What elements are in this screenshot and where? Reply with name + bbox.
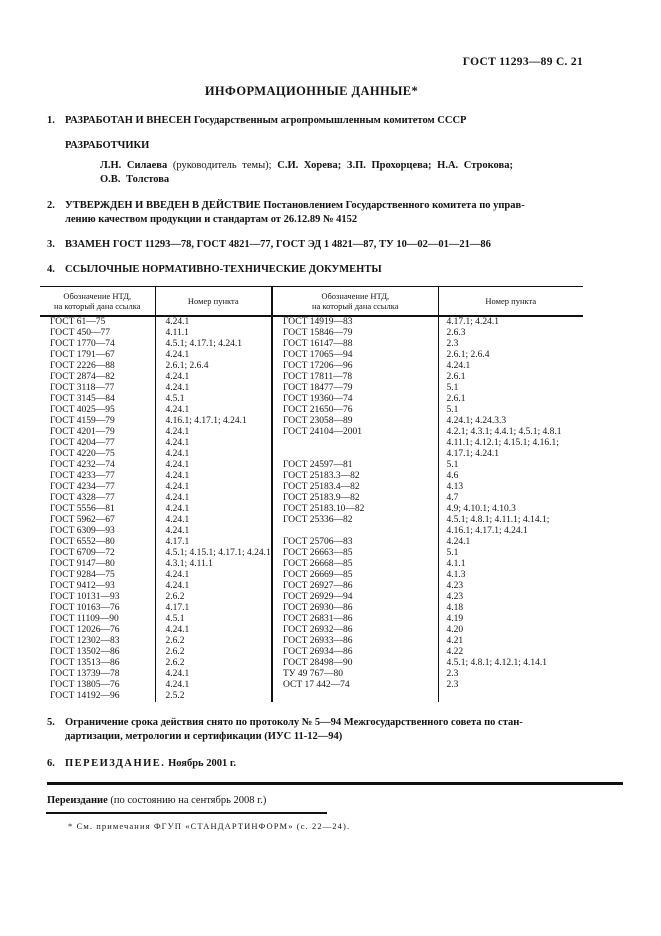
item-number: 6.	[47, 757, 55, 771]
col-header-text: Номер пункта	[188, 296, 239, 306]
punkt-number-cell: 4.17.1; 4.24.1	[438, 449, 583, 460]
item-5-line-1: Ограничение срока действия снято по прот…	[65, 716, 583, 730]
ntd-designation-cell: ГОСТ 2874—82	[40, 372, 155, 383]
table-row: ГОСТ 9412—934.24.1ГОСТ 26927—864.23	[40, 581, 583, 592]
punkt-number-cell: 4.24.1	[155, 372, 272, 383]
punkt-number-cell: 4.11.1	[155, 328, 272, 339]
item-1-text: РАЗРАБОТАН И ВНЕСЕН Государственным агро…	[65, 114, 583, 128]
reissue-date: (по состоянию на сентябрь 2008 г.)	[108, 795, 267, 806]
punkt-number-cell: 5.1	[438, 548, 583, 559]
punkt-number-cell: 4.5.1; 4.8.1; 4.11.1; 4.14.1;	[438, 515, 583, 526]
punkt-number-cell: 4.24.1	[155, 515, 272, 526]
ntd-designation-cell: ГОСТ 6552—80	[40, 537, 155, 548]
item-6-date: Ноябрь 2001 г.	[165, 758, 236, 769]
item-6-text: ПЕРЕИЗДАНИЕ. Ноябрь 2001 г.	[65, 757, 583, 771]
ntd-designation-cell: ГОСТ 9284—75	[40, 570, 155, 581]
developers-line-2: О.В. Толстова	[100, 173, 583, 187]
punkt-number-cell: 4.23	[438, 592, 583, 603]
ntd-designation-cell: ГОСТ 26668—85	[272, 559, 438, 570]
ntd-designation-cell: ГОСТ 26934—86	[272, 647, 438, 658]
col-header-punkt-right: Номер пункта	[438, 287, 583, 317]
ntd-designation-cell: ГОСТ 4328—77	[40, 493, 155, 504]
ntd-designation-cell: ГОСТ 4232—74	[40, 460, 155, 471]
ntd-designation-cell: ГОСТ 12026—76	[40, 625, 155, 636]
table-row: ГОСТ 12026—764.24.1ГОСТ 26932—864.20	[40, 625, 583, 636]
punkt-number-cell: 4.1.3	[438, 570, 583, 581]
ntd-designation-cell: ГОСТ 4220—75	[40, 449, 155, 460]
ntd-designation-cell: ГОСТ 26927—86	[272, 581, 438, 592]
table-row: ГОСТ 3118—774.24.1ГОСТ 18477—795.1	[40, 383, 583, 394]
table-row: ГОСТ 4234—774.24.1ГОСТ 25183.4—824.13	[40, 482, 583, 493]
developer-lead-role: (руководитель темы);	[167, 160, 277, 171]
item-number: 2.	[47, 199, 55, 213]
table-row: ГОСТ 9147—804.3.1; 4.11.1ГОСТ 26668—854.…	[40, 559, 583, 570]
info-item-4: 4. ССЫЛОЧНЫЕ НОРМАТИВНО-ТЕХНИЧЕСКИЕ ДОКУ…	[40, 263, 583, 277]
table-row: ГОСТ 1770—744.5.1; 4.17.1; 4.24.1ГОСТ 16…	[40, 339, 583, 350]
item-5-line-2: дартизации, метрологии и сертификации (И…	[65, 730, 583, 744]
ntd-designation-cell: ГОСТ 4159—79	[40, 416, 155, 427]
ntd-designation-cell	[272, 691, 438, 702]
reissue-label: Переиздание	[47, 795, 108, 806]
punkt-number-cell: 4.17.1	[155, 537, 272, 548]
item-number: 3.	[47, 238, 55, 252]
table-row: ГОСТ 6309—934.24.14.16.1; 4.17.1; 4.24.1	[40, 526, 583, 537]
ntd-designation-cell: ГОСТ 4233—77	[40, 471, 155, 482]
separator-rule-full	[47, 782, 623, 785]
ntd-designation-cell: ГОСТ 3145—84	[40, 394, 155, 405]
ntd-designation-cell: ГОСТ 25336—82	[272, 515, 438, 526]
ntd-designation-cell: ГОСТ 2226—88	[40, 361, 155, 372]
punkt-number-cell: 4.24.1	[155, 570, 272, 581]
punkt-number-cell: 4.5.1; 4.15.1; 4.17.1; 4.24.1	[155, 548, 272, 559]
punkt-number-cell: 2.6.2	[155, 658, 272, 669]
punkt-number-cell: 4.17.1; 4.24.1	[438, 316, 583, 328]
table-row: ГОСТ 13805—764.24.1ОСТ 17 442—742.3	[40, 680, 583, 691]
punkt-number-cell: 4.24.1	[155, 449, 272, 460]
table-row: ГОСТ 11109—904.5.1ГОСТ 26831—864.19	[40, 614, 583, 625]
punkt-number-cell: 4.24.1	[155, 460, 272, 471]
punkt-number-cell: 4.16.1; 4.17.1; 4.24.1	[438, 526, 583, 537]
table-row: ГОСТ 4204—774.24.14.11.1; 4.12.1; 4.15.1…	[40, 438, 583, 449]
punkt-number-cell: 4.24.1	[155, 405, 272, 416]
ntd-designation-cell: ГОСТ 5962—67	[40, 515, 155, 526]
ntd-designation-cell: ГОСТ 17065—94	[272, 350, 438, 361]
ntd-designation-cell: ГОСТ 18477—79	[272, 383, 438, 394]
ntd-designation-cell	[272, 526, 438, 537]
table-row: ГОСТ 4328—774.24.1ГОСТ 25183.9—824.7	[40, 493, 583, 504]
ntd-designation-cell: ГОСТ 26933—86	[272, 636, 438, 647]
punkt-number-cell: 4.3.1; 4.11.1	[155, 559, 272, 570]
ntd-designation-cell: ГОСТ 19360—74	[272, 394, 438, 405]
col-header-text: на который дана ссылка	[275, 301, 436, 311]
ntd-designation-cell: ГОСТ 4025—95	[40, 405, 155, 416]
punkt-number-cell: 4.24.1	[155, 526, 272, 537]
punkt-number-cell: 5.1	[438, 460, 583, 471]
info-item-6: 6. ПЕРЕИЗДАНИЕ. Ноябрь 2001 г.	[40, 757, 583, 771]
punkt-number-cell: 4.24.1	[438, 361, 583, 372]
item-2-line-1: УТВЕРЖДЕН И ВВЕДЕН В ДЕЙСТВИЕ Постановле…	[65, 199, 583, 213]
punkt-number-cell: 2.3	[438, 339, 583, 350]
col-header-designation-left: Обозначение НТД,на который дана ссылка	[40, 287, 155, 317]
ntd-designation-cell: ГОСТ 4204—77	[40, 438, 155, 449]
page-header: ГОСТ 11293—89 С. 21	[40, 56, 583, 68]
ntd-designation-cell: ГОСТ 28498—90	[272, 658, 438, 669]
ntd-designation-cell: ГОСТ 3118—77	[40, 383, 155, 394]
ntd-designation-cell: ГОСТ 25183.9—82	[272, 493, 438, 504]
punkt-number-cell: 4.17.1	[155, 603, 272, 614]
item-6-caps: ПЕРЕИЗДАНИЕ.	[65, 758, 165, 769]
item-3-text: ВЗАМЕН ГОСТ 11293—78, ГОСТ 4821—77, ГОСТ…	[65, 238, 583, 252]
punkt-number-cell: 4.24.1	[155, 383, 272, 394]
punkt-number-cell: 2.6.2	[155, 636, 272, 647]
table-row: ГОСТ 12302—832.6.2ГОСТ 26933—864.21	[40, 636, 583, 647]
punkt-number-cell: 2.6.2	[155, 647, 272, 658]
ntd-designation-cell: ГОСТ 6709—72	[40, 548, 155, 559]
ntd-designation-cell: ГОСТ 13739—78	[40, 669, 155, 680]
ntd-designation-cell: ОСТ 17 442—74	[272, 680, 438, 691]
info-item-1: 1. РАЗРАБОТАН И ВНЕСЕН Государственным а…	[40, 114, 583, 128]
ntd-designation-cell: ГОСТ 17811—78	[272, 372, 438, 383]
ntd-designation-cell: ГОСТ 5556—81	[40, 504, 155, 515]
ntd-designation-cell: ГОСТ 13513—86	[40, 658, 155, 669]
item-number: 5.	[47, 716, 55, 730]
ntd-designation-cell	[272, 449, 438, 460]
ntd-designation-cell: ГОСТ 26930—86	[272, 603, 438, 614]
punkt-number-cell: 4.19	[438, 614, 583, 625]
punkt-number-cell: 4.24.1	[155, 438, 272, 449]
punkt-number-cell: 4.24.1	[155, 504, 272, 515]
table-row: ГОСТ 450—774.11.1ГОСТ 15846—792.6.3	[40, 328, 583, 339]
table-row: ГОСТ 10131—932.6.2ГОСТ 26929—944.23	[40, 592, 583, 603]
ntd-designation-cell: ГОСТ 14919—83	[272, 316, 438, 328]
punkt-number-cell: 2.6.1; 2.6.4	[155, 361, 272, 372]
reissue-note: Переиздание (по состоянию на сентябрь 20…	[47, 795, 583, 806]
ntd-designation-cell: ГОСТ 10163—76	[40, 603, 155, 614]
punkt-number-cell: 2.6.1	[438, 372, 583, 383]
col-header-designation-right: Обозначение НТД,на который дана ссылка	[272, 287, 438, 317]
punkt-number-cell: 4.18	[438, 603, 583, 614]
punkt-number-cell: 4.20	[438, 625, 583, 636]
ntd-designation-cell: ГОСТ 17206—96	[272, 361, 438, 372]
punkt-number-cell: 4.24.1	[155, 669, 272, 680]
punkt-number-cell: 4.5.1; 4.17.1; 4.24.1	[155, 339, 272, 350]
punkt-number-cell: 4.24.1	[155, 482, 272, 493]
table-row: ГОСТ 6552—804.17.1ГОСТ 25706—834.24.1	[40, 537, 583, 548]
punkt-number-cell: 5.1	[438, 383, 583, 394]
punkt-number-cell: 4.24.1	[155, 625, 272, 636]
table-row: ГОСТ 14192—962.5.2	[40, 691, 583, 702]
developers-list: Л.Н. Силаева (руководитель темы); С.И. Х…	[100, 159, 583, 187]
punkt-number-cell: 4.16.1; 4.17.1; 4.24.1	[155, 416, 272, 427]
ntd-designation-cell: ГОСТ 24104—2001	[272, 427, 438, 438]
info-item-5: 5. Ограничение срока действия снято по п…	[40, 716, 583, 744]
punkt-number-cell: 4.24.1	[155, 680, 272, 691]
ntd-designation-cell: ГОСТ 4234—77	[40, 482, 155, 493]
punkt-number-cell: 4.6	[438, 471, 583, 482]
references-table-body: ГОСТ 61—754.24.1ГОСТ 14919—834.17.1; 4.2…	[40, 316, 583, 702]
table-row: ГОСТ 4159—794.16.1; 4.17.1; 4.24.1ГОСТ 2…	[40, 416, 583, 427]
references-table: Обозначение НТД,на который дана ссылка Н…	[40, 286, 583, 702]
punkt-number-cell: 4.5.1	[155, 614, 272, 625]
footnote: * См. примечания ФГУП «СТАНДАРТИНФОРМ» (…	[68, 821, 583, 831]
developers-line-1: Л.Н. Силаева (руководитель темы); С.И. Х…	[100, 159, 583, 173]
page-title: ИНФОРМАЦИОННЫЕ ДАННЫЕ*	[40, 84, 583, 99]
gost-document-page: ГОСТ 11293—89 С. 21 ИНФОРМАЦИОННЫЕ ДАННЫ…	[0, 0, 661, 936]
col-header-text: Обозначение НТД,	[42, 291, 153, 301]
ntd-designation-cell: ГОСТ 450—77	[40, 328, 155, 339]
col-header-text: Обозначение НТД,	[275, 291, 436, 301]
table-row: ГОСТ 5556—814.24.1ГОСТ 25183.10—824.9; 4…	[40, 504, 583, 515]
ntd-designation-cell: ГОСТ 4201—79	[40, 427, 155, 438]
punkt-number-cell: 2.3	[438, 669, 583, 680]
ntd-designation-cell: ГОСТ 61—75	[40, 316, 155, 328]
table-row: ГОСТ 2874—824.24.1ГОСТ 17811—782.6.1	[40, 372, 583, 383]
table-row: ГОСТ 4232—744.24.1ГОСТ 24597—815.1	[40, 460, 583, 471]
ntd-designation-cell: ГОСТ 12302—83	[40, 636, 155, 647]
punkt-number-cell: 2.6.3	[438, 328, 583, 339]
punkt-number-cell: 2.6.2	[155, 592, 272, 603]
item-number: 1.	[47, 114, 55, 128]
ntd-designation-cell: ГОСТ 16147—88	[272, 339, 438, 350]
ntd-designation-cell: ГОСТ 11109—90	[40, 614, 155, 625]
punkt-number-cell: 4.11.1; 4.12.1; 4.15.1; 4.16.1;	[438, 438, 583, 449]
table-row: ГОСТ 4220—754.24.14.17.1; 4.24.1	[40, 449, 583, 460]
ntd-designation-cell: ГОСТ 6309—93	[40, 526, 155, 537]
punkt-number-cell: 4.24.1	[155, 427, 272, 438]
header-row: Обозначение НТД,на который дана ссылка Н…	[40, 287, 583, 317]
info-item-2: 2. УТВЕРЖДЕН И ВВЕДЕН В ДЕЙСТВИЕ Постано…	[40, 199, 583, 227]
table-row: ГОСТ 1791—674.24.1ГОСТ 17065—942.6.1; 2.…	[40, 350, 583, 361]
table-row: ГОСТ 2226—882.6.1; 2.6.4ГОСТ 17206—964.2…	[40, 361, 583, 372]
ntd-designation-cell: ГОСТ 25706—83	[272, 537, 438, 548]
table-row: ГОСТ 4201—794.24.1ГОСТ 24104—20014.2.1; …	[40, 427, 583, 438]
separator-rule-footnote	[46, 812, 327, 814]
item-4-text: ССЫЛОЧНЫЕ НОРМАТИВНО-ТЕХНИЧЕСКИЕ ДОКУМЕН…	[65, 263, 583, 277]
ntd-designation-cell: ГОСТ 26929—94	[272, 592, 438, 603]
ntd-designation-cell	[272, 438, 438, 449]
ntd-designation-cell: ГОСТ 13502—86	[40, 647, 155, 658]
item-2-line-2: лению качеством продукции и стандартам о…	[65, 213, 583, 227]
punkt-number-cell: 4.1.1	[438, 559, 583, 570]
item-number: 4.	[47, 263, 55, 277]
punkt-number-cell: 4.24.1	[155, 581, 272, 592]
table-row: ГОСТ 4025—954.24.1ГОСТ 21650—765.1	[40, 405, 583, 416]
punkt-number-cell: 4.23	[438, 581, 583, 592]
ntd-designation-cell: ГОСТ 24597—81	[272, 460, 438, 471]
ntd-designation-cell: ГОСТ 25183.4—82	[272, 482, 438, 493]
ntd-designation-cell: ГОСТ 9147—80	[40, 559, 155, 570]
ntd-designation-cell: ТУ 49 767—80	[272, 669, 438, 680]
punkt-number-cell: 5.1	[438, 405, 583, 416]
punkt-number-cell: 4.9; 4.10.1; 4.10.3	[438, 504, 583, 515]
developer-lead-name: Л.Н. Силаева	[100, 160, 167, 171]
ntd-designation-cell: ГОСТ 26932—86	[272, 625, 438, 636]
punkt-number-cell: 2.5.2	[155, 691, 272, 702]
ntd-designation-cell: ГОСТ 1770—74	[40, 339, 155, 350]
developer-names: С.И. Хорева; З.П. Прохорцева; Н.А. Строк…	[277, 160, 513, 171]
ntd-designation-cell: ГОСТ 13805—76	[40, 680, 155, 691]
ntd-designation-cell: ГОСТ 21650—76	[272, 405, 438, 416]
punkt-number-cell	[438, 691, 583, 702]
info-item-3: 3. ВЗАМЕН ГОСТ 11293—78, ГОСТ 4821—77, Г…	[40, 238, 583, 252]
col-header-text: на который дана ссылка	[42, 301, 153, 311]
ntd-designation-cell: ГОСТ 9412—93	[40, 581, 155, 592]
ntd-designation-cell: ГОСТ 23058—89	[272, 416, 438, 427]
col-header-punkt-left: Номер пункта	[155, 287, 272, 317]
table-row: ГОСТ 13513—862.6.2ГОСТ 28498—904.5.1; 4.…	[40, 658, 583, 669]
ntd-designation-cell: ГОСТ 26669—85	[272, 570, 438, 581]
punkt-number-cell: 4.24.1	[155, 471, 272, 482]
punkt-number-cell: 4.22	[438, 647, 583, 658]
punkt-number-cell: 4.24.1	[155, 350, 272, 361]
punkt-number-cell: 4.7	[438, 493, 583, 504]
table-row: ГОСТ 6709—724.5.1; 4.15.1; 4.17.1; 4.24.…	[40, 548, 583, 559]
table-row: ГОСТ 13739—784.24.1ТУ 49 767—802.3	[40, 669, 583, 680]
punkt-number-cell: 4.24.1; 4.24.3.3	[438, 416, 583, 427]
punkt-number-cell: 4.5.1	[155, 394, 272, 405]
punkt-number-cell: 4.13	[438, 482, 583, 493]
references-table-header: Обозначение НТД,на который дана ссылка Н…	[40, 287, 583, 317]
ntd-designation-cell: ГОСТ 26663—85	[272, 548, 438, 559]
punkt-number-cell: 4.5.1; 4.8.1; 4.12.1; 4.14.1	[438, 658, 583, 669]
ntd-designation-cell: ГОСТ 14192—96	[40, 691, 155, 702]
table-row: ГОСТ 61—754.24.1ГОСТ 14919—834.17.1; 4.2…	[40, 316, 583, 328]
table-row: ГОСТ 9284—754.24.1ГОСТ 26669—854.1.3	[40, 570, 583, 581]
ntd-designation-cell: ГОСТ 25183.10—82	[272, 504, 438, 515]
ntd-designation-cell: ГОСТ 25183.3—82	[272, 471, 438, 482]
punkt-number-cell: 4.21	[438, 636, 583, 647]
punkt-number-cell: 2.6.1; 2.6.4	[438, 350, 583, 361]
punkt-number-cell: 2.6.1	[438, 394, 583, 405]
ntd-designation-cell: ГОСТ 15846—79	[272, 328, 438, 339]
ntd-designation-cell: ГОСТ 26831—86	[272, 614, 438, 625]
ntd-designation-cell: ГОСТ 10131—93	[40, 592, 155, 603]
table-row: ГОСТ 3145—844.5.1ГОСТ 19360—742.6.1	[40, 394, 583, 405]
table-row: ГОСТ 10163—764.17.1ГОСТ 26930—864.18	[40, 603, 583, 614]
punkt-number-cell: 2.3	[438, 680, 583, 691]
punkt-number-cell: 4.24.1	[155, 493, 272, 504]
table-row: ГОСТ 13502—862.6.2ГОСТ 26934—864.22	[40, 647, 583, 658]
ntd-designation-cell: ГОСТ 1791—67	[40, 350, 155, 361]
col-header-text: Номер пункта	[485, 296, 536, 306]
table-row: ГОСТ 4233—774.24.1ГОСТ 25183.3—824.6	[40, 471, 583, 482]
developers-label: РАЗРАБОТЧИКИ	[65, 140, 583, 151]
punkt-number-cell: 4.2.1; 4.3.1; 4.4.1; 4.5.1; 4.8.1	[438, 427, 583, 438]
punkt-number-cell: 4.24.1	[155, 316, 272, 328]
table-row: ГОСТ 5962—674.24.1ГОСТ 25336—824.5.1; 4.…	[40, 515, 583, 526]
punkt-number-cell: 4.24.1	[438, 537, 583, 548]
